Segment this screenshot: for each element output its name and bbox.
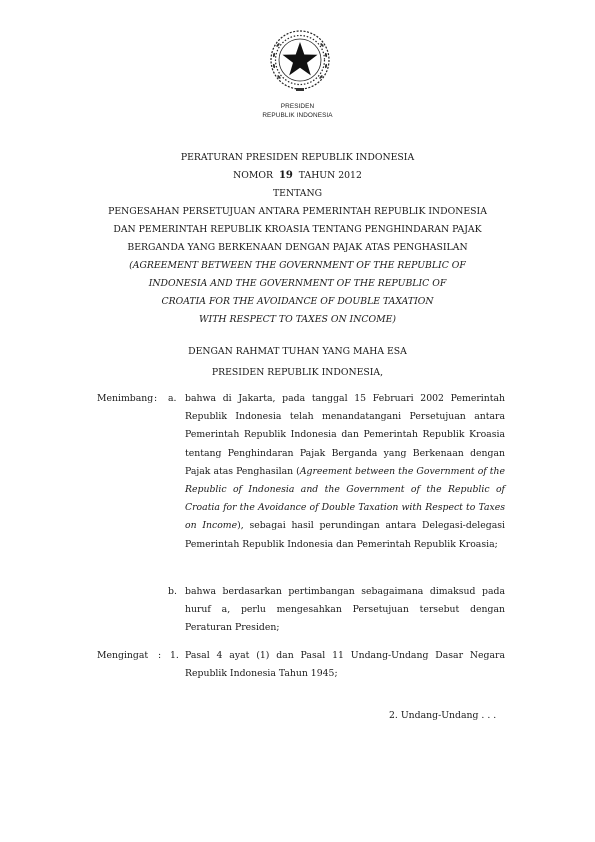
mengingat-label: Mengingat: [97, 650, 148, 662]
emblem-caption-republic: REPUBLIK INDONESIA: [0, 112, 595, 119]
menimbang-colon: :: [154, 393, 157, 405]
subject-line: DAN PEMERINTAH REPUBLIK KROASIA TENTANG …: [0, 224, 595, 236]
english-title-line: WITH RESPECT TO TAXES ON INCOME): [0, 314, 595, 326]
subject-line: BERGANDA YANG BERKENAAN DENGAN PAJAK ATA…: [0, 242, 595, 254]
emblem-caption-president: PRESIDEN: [0, 103, 595, 110]
document-page: PRESIDEN REPUBLIK INDONESIA PERATURAN PR…: [0, 0, 595, 842]
garuda-star-emblem-icon: [268, 27, 332, 95]
menimbang-item-a: bahwa di Jakarta, pada tanggal 15 Februa…: [185, 390, 505, 554]
menimbang-item-marker: a.: [168, 393, 177, 405]
preamble-line: PRESIDEN REPUBLIK INDONESIA,: [0, 367, 595, 379]
english-title-line: (AGREEMENT BETWEEN THE GOVERNMENT OF THE…: [0, 260, 595, 272]
tentang-heading: TENTANG: [0, 188, 595, 200]
subject-line: PENGESAHAN PERSETUJUAN ANTARA PEMERINTAH…: [0, 206, 595, 218]
tahun-label: TAHUN 2012: [299, 170, 362, 181]
english-title-line: INDONESIA AND THE GOVERNMENT OF THE REPU…: [0, 278, 595, 290]
document-number: NOMOR 19 TAHUN 2012: [0, 170, 595, 182]
nomor-label: NOMOR: [233, 170, 273, 181]
english-title-line: CROATIA FOR THE AVOIDANCE OF DOUBLE TAXA…: [0, 296, 595, 308]
mengingat-item-1: Pasal 4 ayat (1) dan Pasal 11 Undang-Und…: [185, 647, 505, 683]
menimbang-item-a-text: bahwa di Jakarta, pada tanggal 15 Februa…: [185, 393, 505, 477]
preamble-line: DENGAN RAHMAT TUHAN YANG MAHA ESA: [0, 346, 595, 358]
menimbang-item-marker: b.: [168, 586, 177, 598]
mengingat-item-marker: 1.: [170, 650, 179, 662]
menimbang-item-b: bahwa berdasarkan pertimbangan sebagaima…: [185, 583, 505, 638]
page-continuation: 2. Undang-Undang . . .: [389, 710, 496, 722]
mengingat-colon: :: [158, 650, 161, 662]
document-title: PERATURAN PRESIDEN REPUBLIK INDONESIA: [0, 152, 595, 164]
menimbang-label: Menimbang: [97, 393, 153, 405]
nomor-value: 19: [279, 170, 293, 181]
